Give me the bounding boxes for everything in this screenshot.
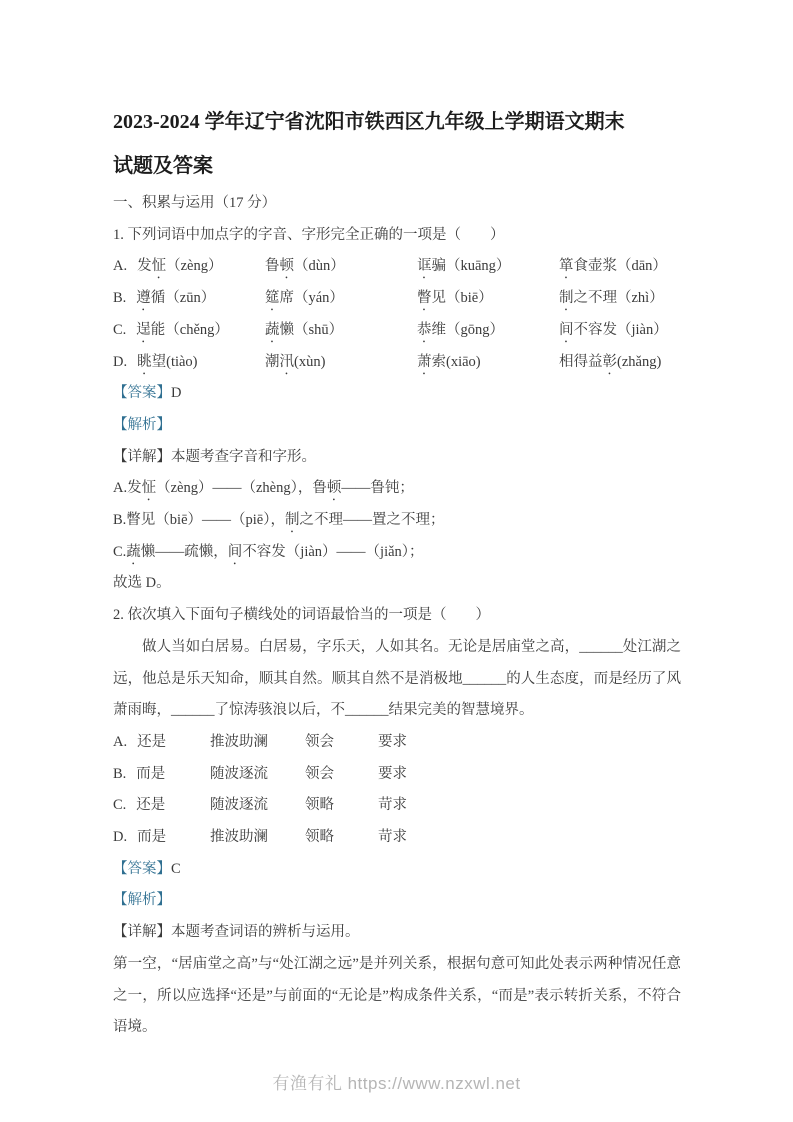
- q2-answer-line: 【答案】C: [113, 854, 681, 886]
- option-letter: C.: [113, 797, 126, 813]
- q1-stem: 1. 下列词语中加点字的字音、字形完全正确的一项是（ ）: [113, 220, 681, 252]
- q1-explanation-c: C.蔬懒——疏懒，间不容发（jiàn）——（jiǎn）；: [113, 537, 681, 569]
- q2-option-d-cell-3: 领略: [305, 822, 378, 854]
- q1-conclusion: 故选 D。: [113, 568, 681, 600]
- q1-option-a-cell-4: 箪食壶浆（dān）: [559, 251, 681, 283]
- option-word: 还是: [137, 734, 166, 750]
- option-letter: D.: [113, 829, 127, 845]
- option-letter: A.: [113, 258, 127, 274]
- footer-watermark-link[interactable]: 有渔有礼 https://www.nzxwl.net: [0, 1069, 793, 1094]
- option-letter: B.: [113, 766, 126, 782]
- q1-option-b-cell-3: 瞥见（biē）: [417, 283, 559, 315]
- q1-explanation-b: B.瞥见（biē）——（piē），制之不理——置之不理；: [113, 505, 681, 537]
- q2-option-d-cell-1: D.而是: [113, 822, 210, 854]
- q2-explanation: 第一空，“居庙堂之高”与“处江湖之远”是并列关系，根据句意可知此处表示两种情况任…: [113, 949, 681, 1044]
- answer-label: 【答案】: [113, 861, 171, 877]
- answer-label: 【答案】: [113, 385, 171, 401]
- option-word: 而是: [137, 829, 166, 845]
- q2-option-b-cell-4: 要求: [378, 759, 681, 791]
- q2-option-d: D.而是 推波助澜 领略 苛求: [113, 822, 681, 854]
- q1-answer-value: D: [171, 385, 181, 401]
- q2-option-c-cell-2: 随波逐流: [210, 790, 305, 822]
- q2-option-d-cell-4: 苛求: [378, 822, 681, 854]
- q2-option-c-cell-4: 苛求: [378, 790, 681, 822]
- q2-option-a: A.还是 推波助澜 领会 要求: [113, 727, 681, 759]
- q2-option-c-cell-3: 领略: [305, 790, 378, 822]
- q1-option-a-cell-2: 鲁顿（dùn）: [265, 251, 417, 283]
- q2-option-b-cell-1: B.而是: [113, 759, 210, 791]
- q1-option-b: B.遵循（zūn） 筵席（yán） 瞥见（biē） 制之不理（zhì）: [113, 283, 681, 315]
- q2-option-b: B.而是 随波逐流 领会 要求: [113, 759, 681, 791]
- option-word: 遵循（zūn）: [136, 290, 215, 306]
- q1-option-b-cell-4: 制之不理（zhì）: [559, 283, 681, 315]
- option-word: 逞能（chěng）: [136, 322, 229, 338]
- q1-option-c-cell-3: 恭维（gōng）: [417, 315, 559, 347]
- q1-answer-line: 【答案】D: [113, 378, 681, 410]
- option-word: 而是: [136, 766, 165, 782]
- q1-explanation-a: A.发怔（zèng）——（zhèng），鲁顿——鲁钝；: [113, 473, 681, 505]
- q2-passage: 做人当如白居易。白居易，字乐天，人如其名。无论是居庙堂之高，______处江湖之…: [113, 632, 681, 727]
- section-heading: 一、积累与运用（17 分）: [113, 188, 681, 220]
- q2-answer-value: C: [171, 861, 181, 877]
- page-title: 2023-2024 学年辽宁省沈阳市铁西区九年级上学期语文期末 试题及答案: [113, 100, 681, 188]
- option-letter: D.: [113, 354, 127, 370]
- q1-option-a-cell-3: 诓骗（kuāng）: [417, 251, 559, 283]
- exam-document-page: 2023-2024 学年辽宁省沈阳市铁西区九年级上学期语文期末 试题及答案 一、…: [0, 0, 793, 1122]
- q2-option-a-cell-4: 要求: [378, 727, 681, 759]
- analysis-label: 【解析】: [113, 417, 171, 433]
- option-letter: A.: [113, 734, 127, 750]
- q1-option-c-cell-4: 间不容发（jiàn）: [559, 315, 681, 347]
- q1-option-c-cell-2: 蔬懒（shū）: [265, 315, 417, 347]
- q1-option-d: D.眺望(tiào) 潮汛(xùn) 萧索(xiāo) 相得益彰(zhǎng): [113, 347, 681, 379]
- q1-option-b-cell-1: B.遵循（zūn）: [113, 283, 265, 315]
- option-letter: B.: [113, 290, 126, 306]
- q2-option-b-cell-2: 随波逐流: [210, 759, 305, 791]
- option-word: 还是: [136, 797, 165, 813]
- q2-option-c: C.还是 随波逐流 领略 苛求: [113, 790, 681, 822]
- q2-option-c-cell-1: C.还是: [113, 790, 210, 822]
- q2-option-a-cell-3: 领会: [305, 727, 378, 759]
- q2-analysis-line: 【解析】: [113, 885, 681, 917]
- q2-stem: 2. 依次填入下面句子横线处的词语最恰当的一项是（ ）: [113, 600, 681, 632]
- q2-option-a-cell-1: A.还是: [113, 727, 210, 759]
- q1-option-c-cell-1: C.逞能（chěng）: [113, 315, 265, 347]
- q1-option-d-cell-4: 相得益彰(zhǎng): [559, 347, 681, 379]
- q2-option-b-cell-3: 领会: [305, 759, 378, 791]
- q1-option-d-cell-1: D.眺望(tiào): [113, 347, 265, 379]
- q1-option-d-cell-3: 萧索(xiāo): [417, 347, 559, 379]
- q1-option-d-cell-2: 潮汛(xùn): [265, 347, 417, 379]
- q1-option-a-cell-1: A.发怔（zèng）: [113, 251, 265, 283]
- q1-option-b-cell-2: 筵席（yán）: [265, 283, 417, 315]
- option-word: 发怔（zèng）: [137, 258, 222, 274]
- title-line-1: 2023-2024 学年辽宁省沈阳市铁西区九年级上学期语文期末: [113, 100, 681, 144]
- analysis-label: 【解析】: [113, 892, 171, 908]
- q1-option-c: C.逞能（chěng） 蔬懒（shū） 恭维（gōng） 间不容发（jiàn）: [113, 315, 681, 347]
- title-line-2: 试题及答案: [113, 144, 681, 188]
- option-letter: C.: [113, 322, 126, 338]
- document-content: 2023-2024 学年辽宁省沈阳市铁西区九年级上学期语文期末 试题及答案 一、…: [113, 100, 681, 1044]
- q1-option-a: A.发怔（zèng） 鲁顿（dùn） 诓骗（kuāng） 箪食壶浆（dān）: [113, 251, 681, 283]
- option-word: 眺望(tiào): [137, 354, 197, 370]
- q1-analysis-line: 【解析】: [113, 410, 681, 442]
- q2-detail-intro: 【详解】本题考查词语的辨析与运用。: [113, 917, 681, 949]
- q2-option-a-cell-2: 推波助澜: [210, 727, 305, 759]
- q2-option-d-cell-2: 推波助澜: [210, 822, 305, 854]
- q1-detail-intro: 【详解】本题考查字音和字形。: [113, 442, 681, 474]
